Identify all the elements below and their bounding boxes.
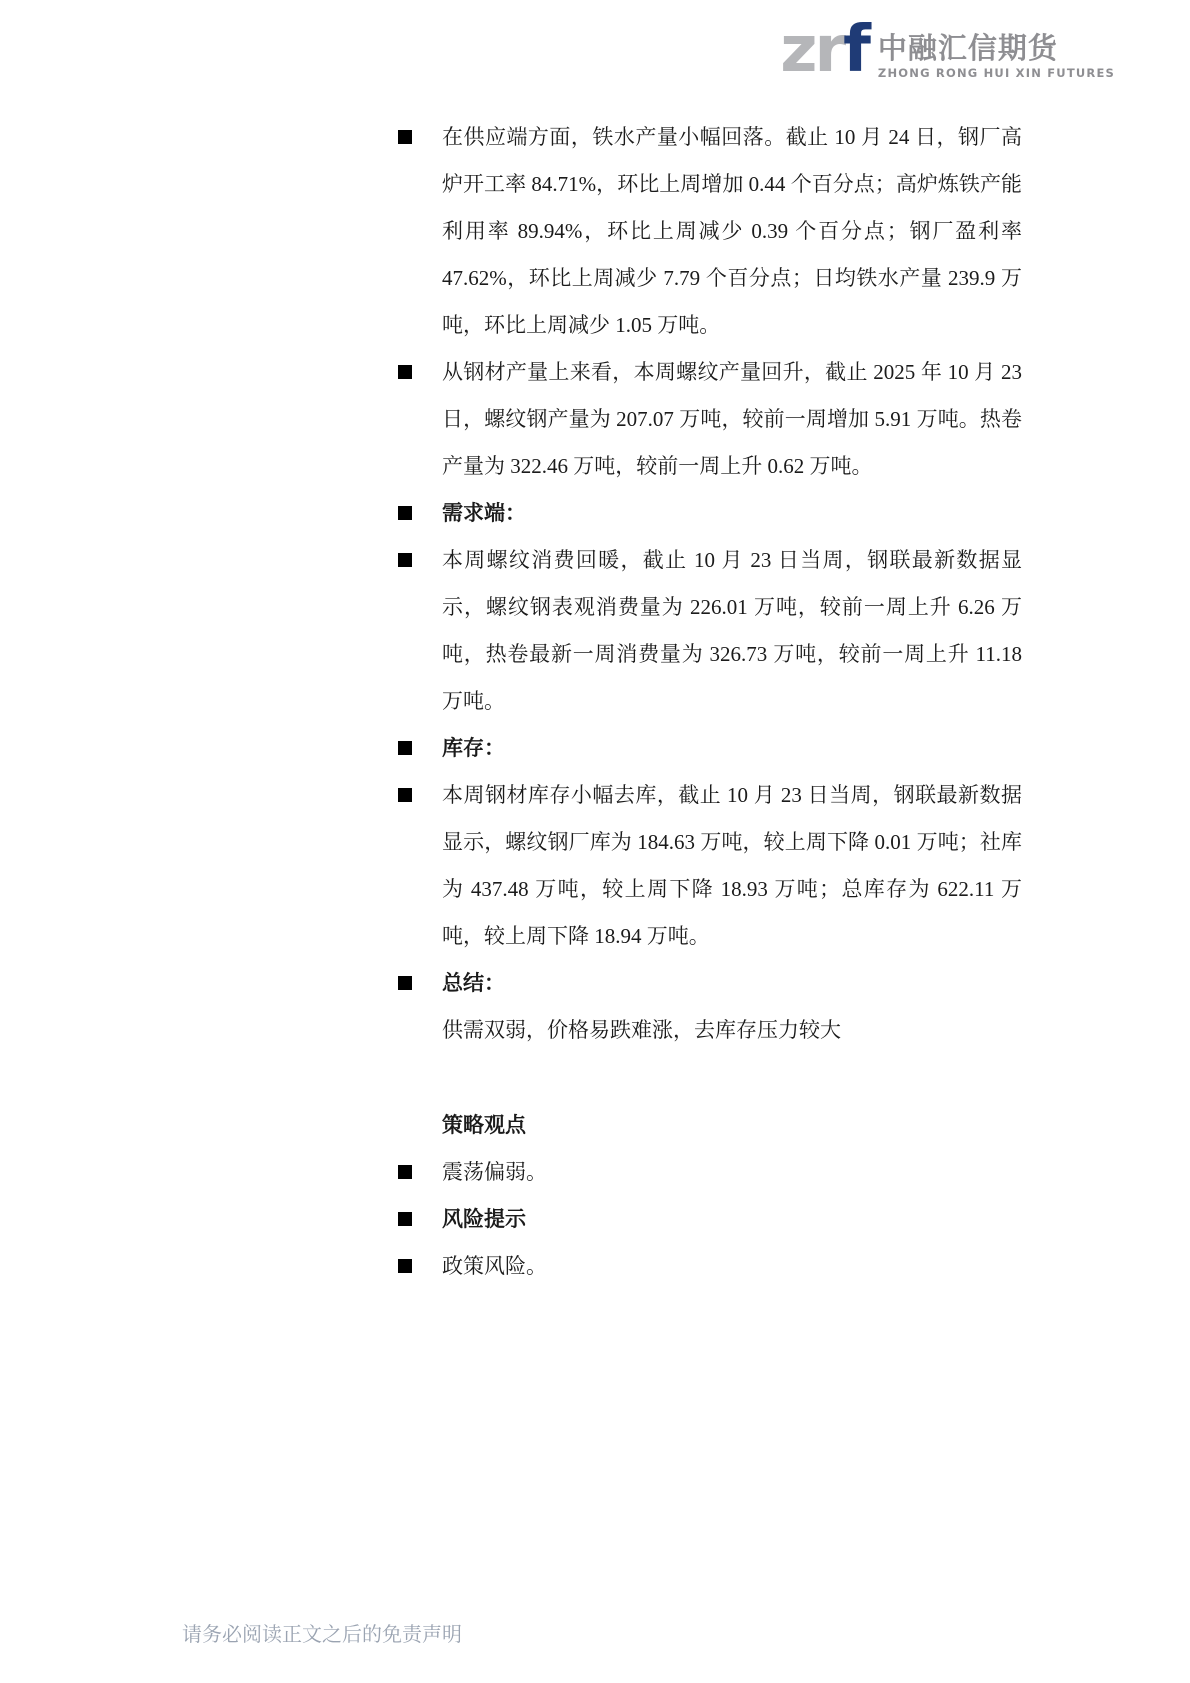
bullet-text: 政策风险。: [442, 1254, 547, 1278]
bullet-square-icon: [398, 1212, 412, 1226]
bullet-item-risk: 政策风险。: [398, 1243, 1022, 1290]
bullet-item-inventory: 本周钢材库存小幅去库，截止 10 月 23 日当周，钢联最新数据显示，螺纹钢厂库…: [398, 772, 1022, 960]
logo-letters-zr: zr: [780, 13, 843, 87]
section-label: 库存：: [442, 736, 505, 760]
bullet-item-demand: 本周螺纹消费回暖，截止 10 月 23 日当周，钢联最新数据显示，螺纹钢表观消费…: [398, 537, 1022, 725]
section-label: 总结：: [442, 971, 505, 995]
bullet-item-strategy: 震荡偏弱。: [398, 1149, 1022, 1196]
bullet-square-icon: [398, 506, 412, 520]
bullet-item-summary-label: 总结：: [398, 960, 1022, 1007]
company-logo: zrf 中融汇信期货 ZHONG RONG HUI XIN FUTURES: [780, 20, 1115, 81]
bullet-text: 本周钢材库存小幅去库，截止 10 月 23 日当周，钢联最新数据显示，螺纹钢厂库…: [442, 783, 1022, 948]
summary-text: 供需双弱，价格易跌难涨，去库存压力较大: [398, 1007, 1022, 1054]
section-label: 需求端：: [442, 501, 526, 525]
bullet-square-icon: [398, 553, 412, 567]
logo-letter-f: f: [843, 13, 868, 87]
bullet-square-icon: [398, 1259, 412, 1273]
report-page: zrf 中融汇信期货 ZHONG RONG HUI XIN FUTURES 在供…: [0, 0, 1190, 1683]
bullet-square-icon: [398, 741, 412, 755]
bullet-item-steel-output: 从钢材产量上来看，本周螺纹产量回升，截止 2025 年 10 月 23 日，螺纹…: [398, 349, 1022, 490]
disclaimer-footer: 请务必阅读正文之后的免责声明: [182, 1622, 462, 1648]
section-label: 风险提示: [442, 1207, 526, 1231]
strategy-heading: 策略观点: [398, 1102, 1022, 1149]
bullet-square-icon: [398, 365, 412, 379]
summary-line: 供需双弱，价格易跌难涨，去库存压力较大: [442, 1018, 841, 1042]
bullet-text: 本周螺纹消费回暖，截止 10 月 23 日当周，钢联最新数据显示，螺纹钢表观消费…: [442, 548, 1022, 713]
bullet-item-supply: 在供应端方面，铁水产量小幅回落。截止 10 月 24 日，钢厂高炉开工率 84.…: [398, 114, 1022, 349]
bullet-square-icon: [398, 788, 412, 802]
heading-text: 策略观点: [442, 1113, 526, 1137]
bullet-square-icon: [398, 130, 412, 144]
company-name-en: ZHONG RONG HUI XIN FUTURES: [878, 68, 1115, 80]
bullet-text: 在供应端方面，铁水产量小幅回落。截止 10 月 24 日，钢厂高炉开工率 84.…: [442, 125, 1022, 337]
bullet-square-icon: [398, 976, 412, 990]
company-name-block: 中融汇信期货 ZHONG RONG HUI XIN FUTURES: [878, 33, 1115, 80]
zrf-logo-mark: zrf: [780, 20, 868, 81]
company-name-cn: 中融汇信期货: [878, 33, 1115, 65]
bullet-item-risk-label: 风险提示: [398, 1196, 1022, 1243]
bullet-text: 从钢材产量上来看，本周螺纹产量回升，截止 2025 年 10 月 23 日，螺纹…: [442, 360, 1022, 478]
bullet-item-inventory-label: 库存：: [398, 725, 1022, 772]
report-body: 在供应端方面，铁水产量小幅回落。截止 10 月 24 日，钢厂高炉开工率 84.…: [398, 114, 1022, 1290]
disclaimer-text: 请务必阅读正文之后的免责声明: [182, 1624, 462, 1646]
bullet-text: 震荡偏弱。: [442, 1160, 547, 1184]
bullet-item-demand-label: 需求端：: [398, 490, 1022, 537]
bullet-square-icon: [398, 1165, 412, 1179]
